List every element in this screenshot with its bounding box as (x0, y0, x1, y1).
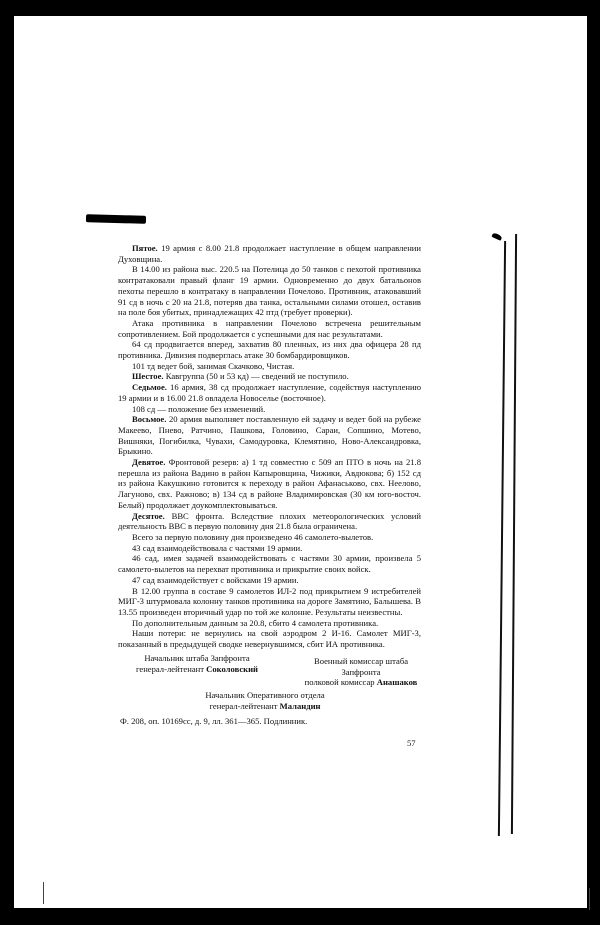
signature-title: Начальник штаба Запфронта (122, 653, 272, 664)
paragraph-text: Наши потери: не вернулись на свой аэродр… (118, 628, 421, 649)
report-paragraph: Седьмое. 16 армия, 38 сд продолжает наст… (118, 382, 421, 403)
paragraph-text: Всего за первую половину дня произведено… (132, 532, 373, 542)
margin-rule-line (511, 234, 517, 834)
signature-chief-of-staff: Начальник штаба Запфронта генерал-лейтен… (122, 653, 272, 674)
report-paragraph: 43 сад взаимодействовала с частями 19 ар… (118, 543, 421, 554)
paragraph-text: В 12.00 группа в составе 9 самолетов ИЛ-… (118, 586, 421, 617)
report-paragraph: В 12.00 группа в составе 9 самолетов ИЛ-… (118, 586, 421, 618)
paragraph-lead: Десятое. (132, 511, 165, 521)
paragraph-lead: Седьмое. (132, 382, 167, 392)
paragraph-text: 47 сад взаимодействует с войсками 19 арм… (132, 575, 299, 585)
report-body: Пятое. 19 армия с 8.00 21.8 продолжает н… (118, 243, 421, 650)
report-paragraph: Наши потери: не вернулись на свой аэродр… (118, 628, 421, 649)
crop-mark (589, 888, 590, 910)
report-paragraph: Всего за первую половину дня произведено… (118, 532, 421, 543)
signature-title: Военный комиссар штаба (296, 656, 426, 667)
paragraph-text: Кавгруппа (50 и 53 кд) — сведений не пос… (164, 371, 349, 381)
signature-military-commissar: Военный комиссар штаба Запфронта полково… (296, 656, 426, 688)
report-paragraph: Атака противника в направлении Почелово … (118, 318, 421, 339)
report-paragraph: В 14.00 из района выс. 220.5 на Потелица… (118, 264, 421, 318)
ink-blot (491, 232, 502, 241)
report-paragraph: 64 сд продвигается вперед, захватив 80 п… (118, 339, 421, 360)
paragraph-text: 46 сад, имея задачей взаимодействовать с… (118, 553, 421, 574)
crop-mark (43, 882, 44, 904)
signature-operations-chief: Начальник Оперативного отдела генерал-ле… (180, 690, 350, 711)
page-number: 57 (407, 738, 416, 748)
paragraph-text: В 14.00 из района выс. 220.5 на Потелица… (118, 264, 421, 317)
report-paragraph: 46 сад, имея задачей взаимодействовать с… (118, 553, 421, 574)
signature-rank-name: полковой комиссар Анашаков (296, 677, 426, 688)
report-paragraph: Девятое. Фронтовой резерв: а) 1 тд совме… (118, 457, 421, 511)
report-paragraph: Шестое. Кавгруппа (50 и 53 кд) — сведени… (118, 371, 421, 382)
report-paragraph: 101 тд ведет бой, занимая Скачково, Чист… (118, 361, 421, 372)
paragraph-text: 19 армия с 8.00 21.8 продолжает наступле… (118, 243, 421, 264)
paragraph-text: 108 сд — положение без изменений. (132, 404, 265, 414)
report-paragraph: Восьмое. 20 армия выполняет поставленную… (118, 414, 421, 457)
signature-rank-name: генерал-лейтенант Маландин (180, 701, 350, 712)
paragraph-text: 43 сад взаимодействовала с частями 19 ар… (132, 543, 302, 553)
ink-bar-mark (86, 214, 146, 224)
report-paragraph: По дополнительным данным за 20.8, сбито … (118, 618, 421, 629)
paragraph-lead: Шестое. (132, 371, 164, 381)
paragraph-lead: Девятое. (132, 457, 165, 467)
report-paragraph: Пятое. 19 армия с 8.00 21.8 продолжает н… (118, 243, 421, 264)
paragraph-lead: Пятое. (132, 243, 158, 253)
paragraph-text: Атака противника в направлении Почелово … (118, 318, 421, 339)
signature-rank-name: генерал-лейтенант Соколовский (122, 664, 272, 675)
report-paragraph: 47 сад взаимодействует с войсками 19 арм… (118, 575, 421, 586)
paragraph-text: По дополнительным данным за 20.8, сбито … (132, 618, 378, 628)
paragraph-text: 64 сд продвигается вперед, захватив 80 п… (118, 339, 421, 360)
margin-rule-line (498, 241, 506, 836)
report-paragraph: Десятое. ВВС фронта. Вследствие плохих м… (118, 511, 421, 532)
signature-title: Начальник Оперативного отдела (180, 690, 350, 701)
archive-source-reference: Ф. 208, оп. 10169сс, д. 9, лл. 361—365. … (120, 716, 307, 726)
report-paragraph: 108 сд — положение без изменений. (118, 404, 421, 415)
paragraph-text: 101 тд ведет бой, занимая Скачково, Чист… (132, 361, 294, 371)
signature-title: Запфронта (296, 667, 426, 678)
paragraph-lead: Восьмое. (132, 414, 166, 424)
